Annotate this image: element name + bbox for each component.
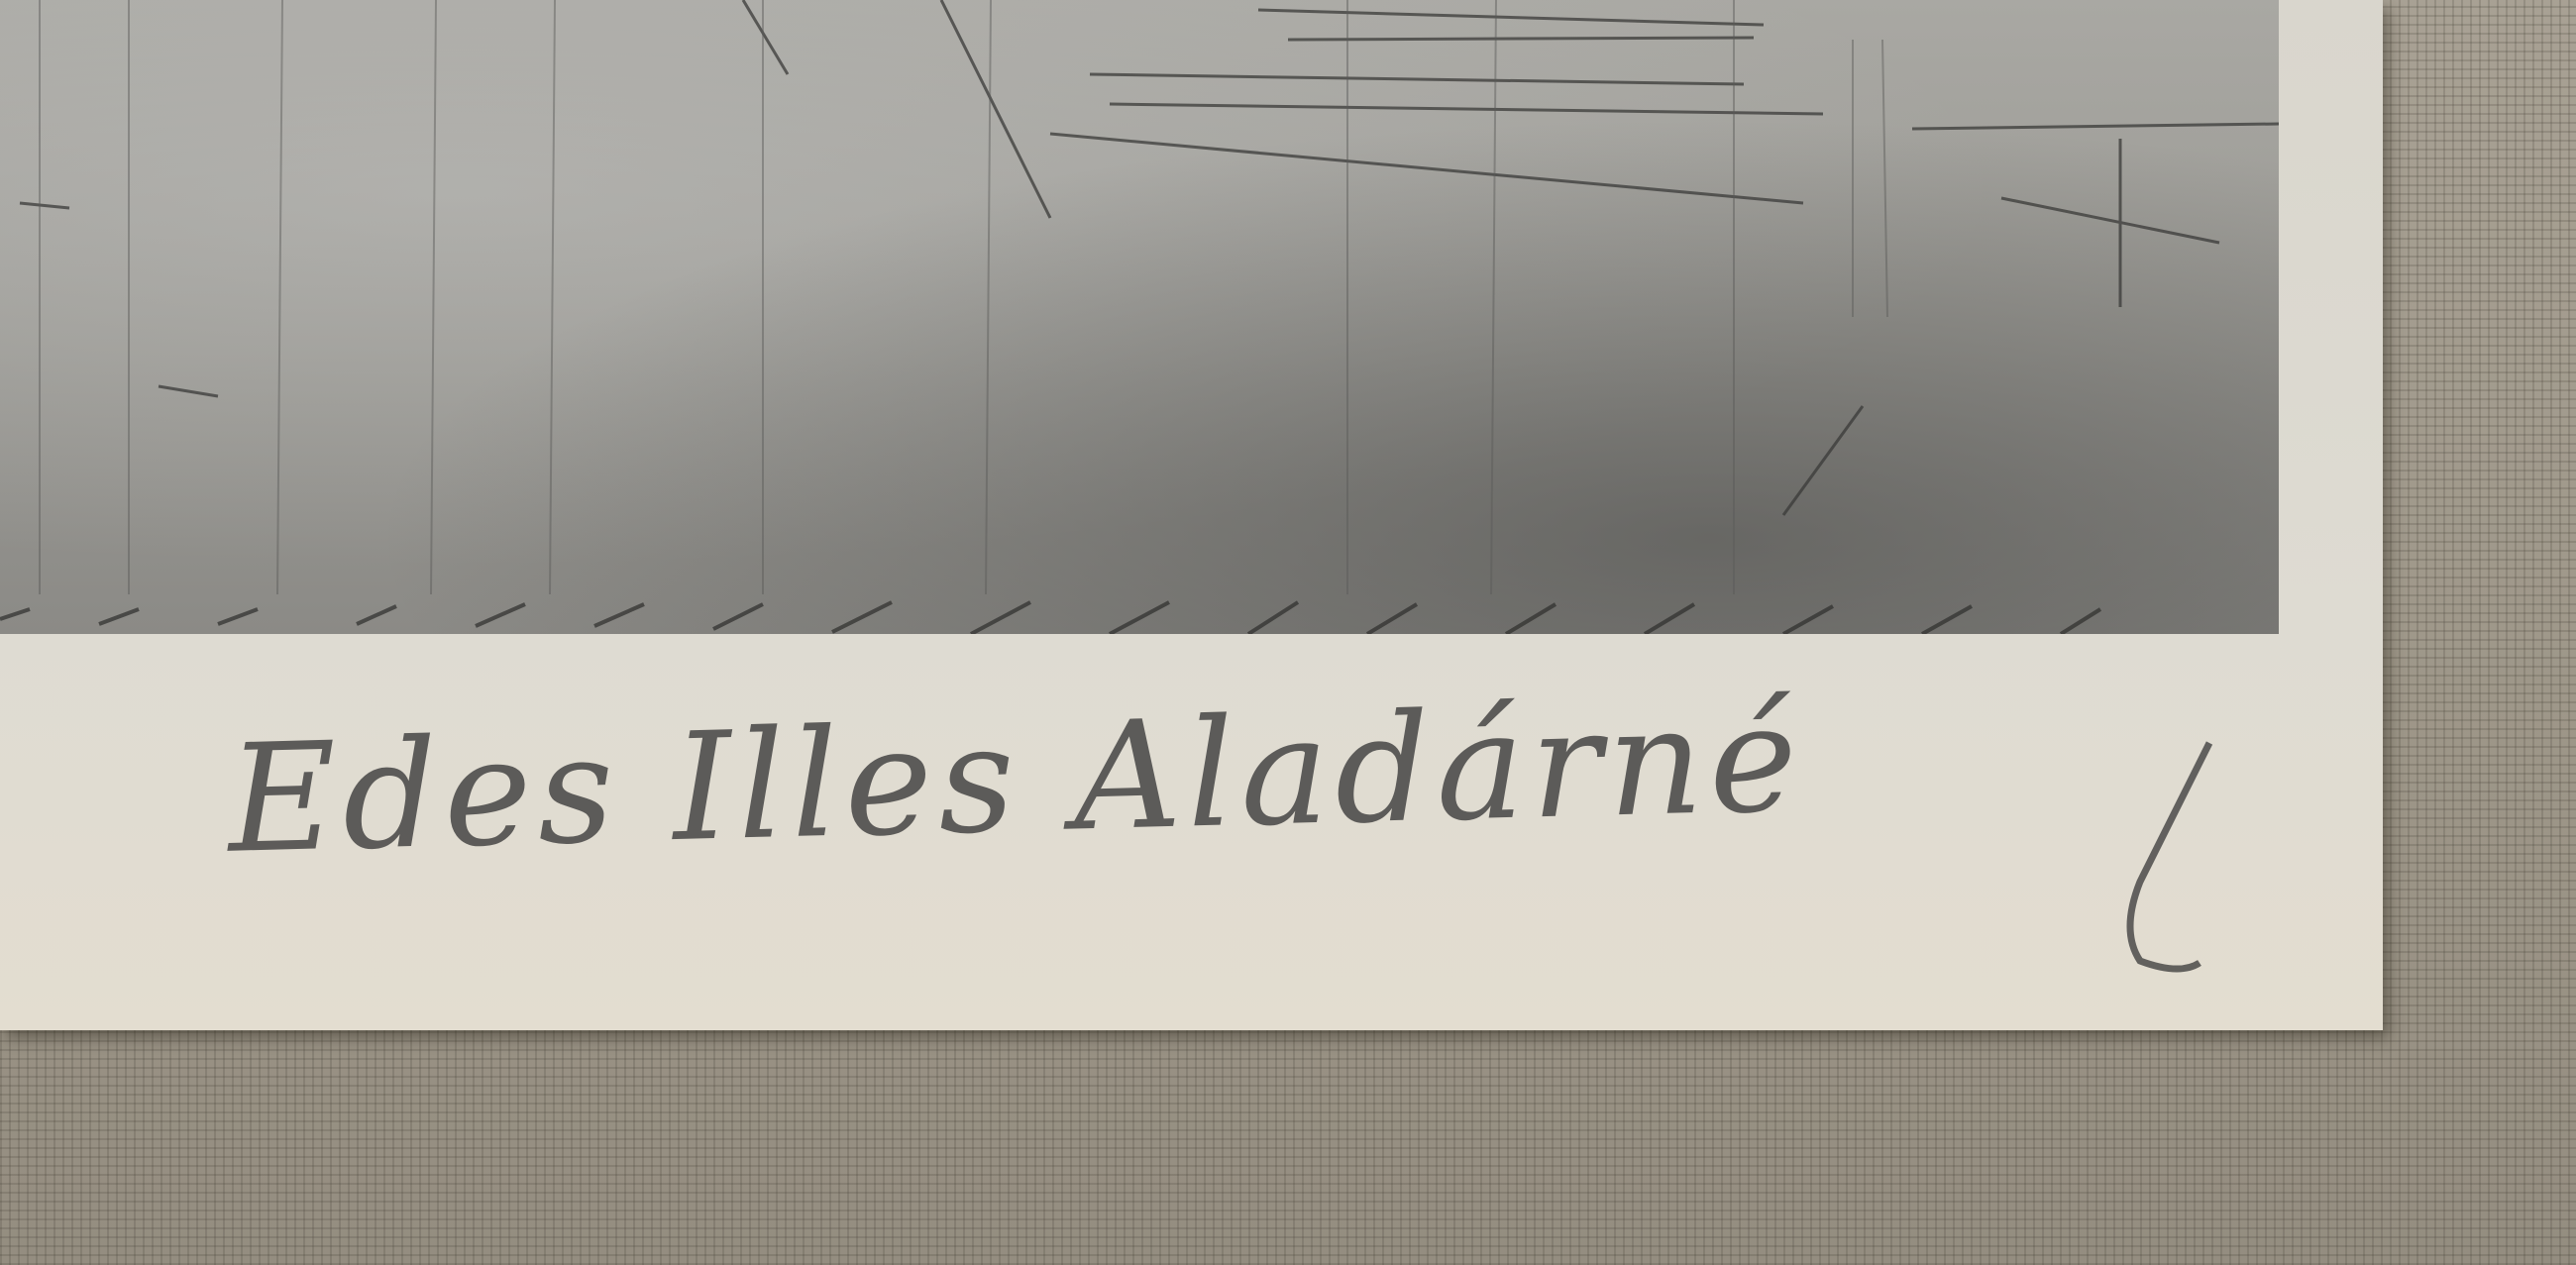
etching-lines: [0, 0, 2279, 634]
pencil-signature: Edes Illes Aladárné: [226, 673, 1805, 887]
paper-sheet: Edes Illes Aladárné: [0, 0, 2383, 1030]
signature-flourish: [2031, 733, 2229, 991]
etched-plate: [0, 0, 2279, 634]
